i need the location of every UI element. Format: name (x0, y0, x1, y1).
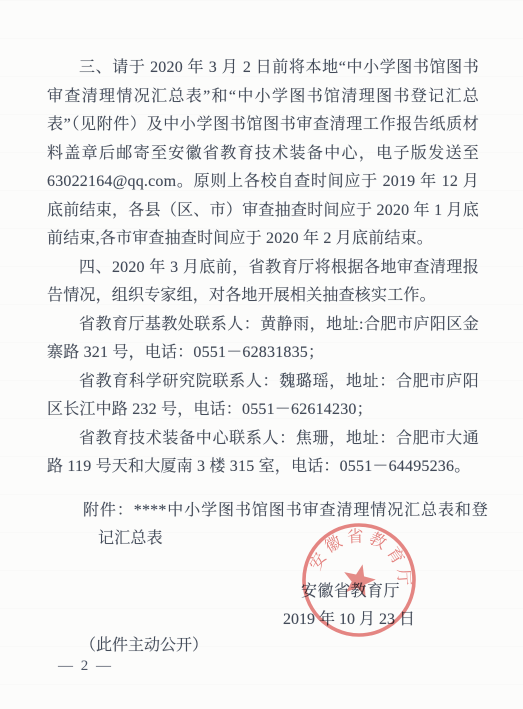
page-number: — 2 — (58, 658, 113, 675)
paragraph-3-deadline: 三、请于 2020 年 3 月 2 日前将本地“中小学图书馆图书审查清理情况汇总… (47, 54, 479, 254)
attachment-label: 附件： (83, 502, 134, 519)
attachment-note: 附件：****中小学图书馆图书审查清理情况汇总表和登记汇总表 (47, 497, 488, 554)
scanned-document-page: 三、请于 2020 年 3 月 2 日前将本地“中小学图书馆图书审查清理情况汇总… (0, 0, 523, 709)
contact-equipment-center: 省教育技术装备中心联系人：焦珊，地址：合肥市大通路 119 号天和大厦南 3 楼… (47, 425, 479, 482)
attachment-title: ****中小学图书馆图书审查清理情况汇总表和登记汇总表 (98, 502, 488, 548)
paragraph-4-verification: 四、2020 年 3 月底前，省教育厅将根据各地审查清理报告情况，组织专家组，对… (47, 254, 479, 311)
document-body: 三、请于 2020 年 3 月 2 日前将本地“中小学图书馆图书审查清理情况汇总… (47, 54, 479, 554)
contact-basic-education-division: 省教育厅基教处联系人：黄静雨，地址:合肥市庐阳区金寨路 321 号，电话：055… (47, 311, 479, 368)
signature-date: 2019 年 10 月 23 日 (283, 606, 415, 629)
disclosure-note: （此件主动公开） (80, 632, 208, 655)
contact-education-science-institute: 省教育科学研究院联系人：魏璐瑶，地址：合肥市庐阳区长江中路 232 号，电话：0… (47, 368, 479, 425)
signature-issuer: 安徽省教育厅 (301, 578, 400, 601)
